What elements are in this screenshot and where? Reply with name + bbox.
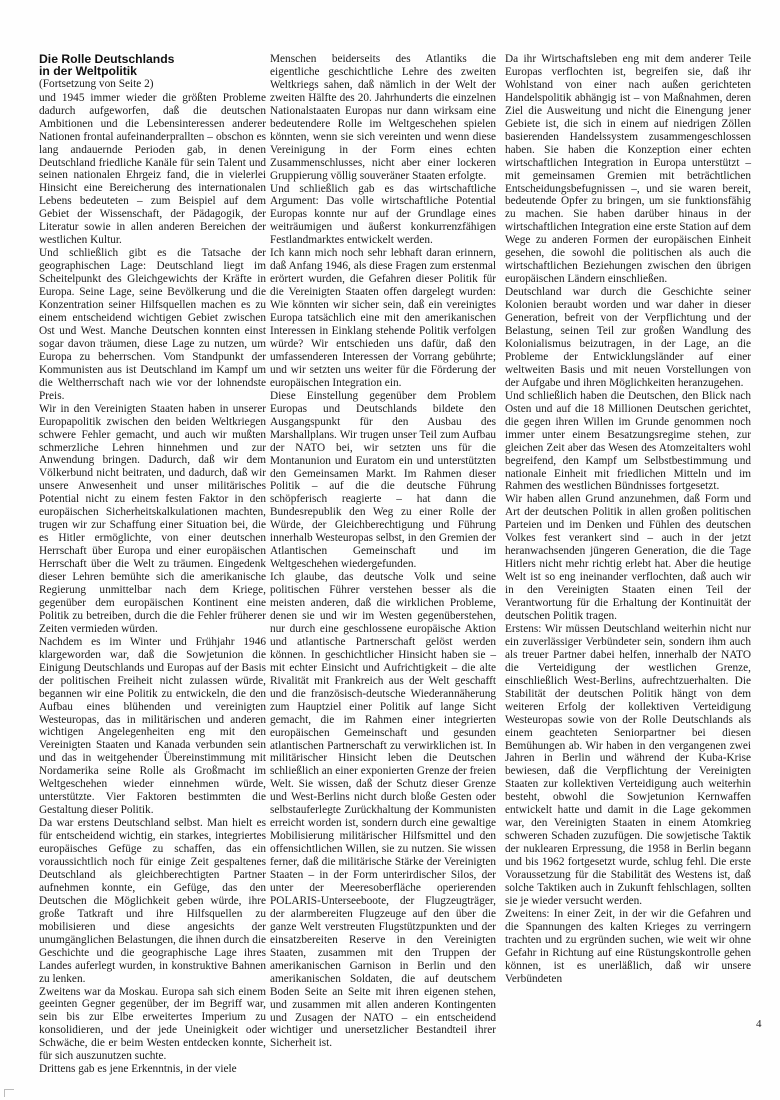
paragraph: Nachdem es im Winter und Frühjahr 1946 k… [39, 636, 266, 817]
paragraph: Wir haben allen Grund anzunehmen, daß Fo… [505, 493, 751, 623]
paragraph: Und schließlich gab es das wirtschaftlic… [270, 183, 496, 248]
paragraph: Und schließlich gibt es die Tatsache der… [39, 247, 266, 402]
continuation-note: (Fortsetzung von Seite 2) [39, 78, 266, 91]
article-column-3: Da ihr Wirtschaftsleben eng mit dem ande… [505, 53, 751, 986]
crop-mark [4, 1089, 14, 1090]
article-column-1: Die Rolle Deutschlands in der Weltpoliti… [39, 53, 266, 1076]
document-page: Die Rolle Deutschlands in der Weltpoliti… [0, 0, 780, 1100]
paragraph: Ich kann mich noch sehr lebhaft daran er… [270, 247, 496, 389]
paragraph: Drittens gab es jene Erkenntnis, in der … [39, 1063, 266, 1076]
article-column-2: Menschen beiderseits des Atlantiks die e… [270, 53, 496, 1050]
paragraph: und 1945 immer wieder die größten Proble… [39, 92, 266, 247]
paragraph: Deutschland war durch die Geschichte sei… [505, 286, 751, 390]
paragraph: Zweitens war da Moskau. Europa sah sich … [39, 986, 266, 1064]
page-number: 4 [756, 1018, 762, 1030]
paragraph: Erstens: Wir müssen Deutschland weiterhi… [505, 623, 751, 908]
paragraph: Diese Einstellung gegenüber dem Problem … [270, 390, 496, 571]
paragraph: Da ihr Wirtschaftsleben eng mit dem ande… [505, 53, 751, 286]
paragraph: Menschen beiderseits des Atlantiks die e… [270, 53, 496, 183]
paragraph: Ich glaube, das deutsche Volk und seine … [270, 571, 496, 1050]
headline-line-2: in der Weltpolitik [39, 64, 137, 78]
paragraph: Wir in den Vereinigten Staaten haben in … [39, 403, 266, 636]
article-headline: Die Rolle Deutschlands in der Weltpoliti… [39, 53, 266, 78]
paragraph: Da war erstens Deutschland selbst. Man h… [39, 817, 266, 985]
paragraph: Zweitens: In einer Zeit, in der wir die … [505, 908, 751, 986]
paragraph: Und schließlich haben die Deutschen, den… [505, 390, 751, 494]
